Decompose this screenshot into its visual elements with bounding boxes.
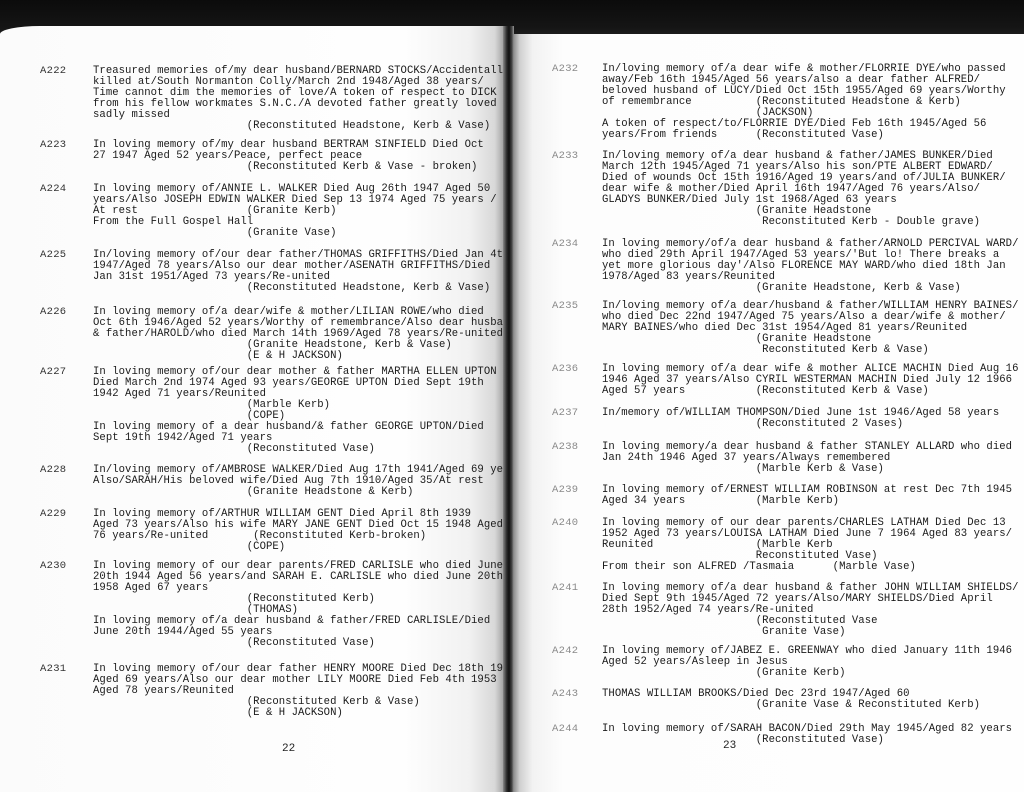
entry-line: (COPE) — [93, 542, 503, 553]
entry-code: A227 — [40, 367, 66, 378]
entry-line: Aged 57 years (Reconstituted Kerb & Vase… — [602, 386, 1018, 397]
entry-text: In loving memory/a dear husband & father… — [602, 442, 1012, 475]
entry-code: A234 — [552, 239, 578, 250]
entry-line: (Reconstituted Vase) — [93, 638, 503, 649]
entry-code: A226 — [40, 307, 66, 318]
entry-text: In loving memory/of/a dear husband & fat… — [602, 239, 1018, 294]
entry-code: A228 — [40, 465, 66, 476]
entry-line: (Reconstituted Kerb & Vase - broken) — [93, 162, 484, 173]
entry-line: (Reconstituted Vase) — [602, 735, 1012, 746]
entry-code: A225 — [40, 250, 66, 261]
entry-text: In loving memory of/ERNEST WILLIAM ROBIN… — [602, 485, 1012, 507]
entry-text: THOMAS WILLIAM BROOKS/Died Dec 23rd 1947… — [602, 689, 980, 711]
entry-line: (E & H JACKSON) — [93, 708, 505, 719]
entry-code: A237 — [552, 408, 578, 419]
entry-line: (Granite Vase & Reconstituted Kerb) — [602, 700, 980, 711]
entry-line: (Granite Headstone, Kerb & Vase) — [602, 283, 1018, 294]
entry-code: A244 — [552, 724, 578, 735]
entry-text: In loving memory of/a dear husband & fat… — [602, 583, 1018, 638]
entry-line: (Granite Headstone & Kerb) — [93, 487, 505, 498]
entry-code: A238 — [552, 442, 578, 453]
entry-code: A232 — [552, 64, 578, 75]
entry-text: In loving memory of/ARTHUR WILLIAM GENT … — [93, 509, 503, 553]
entry-code: A241 — [552, 583, 578, 594]
entry-code: A222 — [40, 66, 66, 77]
entry-text: In/loving memory of/a dear wife & mother… — [602, 64, 1006, 141]
entry-line: (Marble Kerb & Vase) — [602, 464, 1012, 475]
entry-text: Treasured memories of/my dear husband/BE… — [93, 66, 505, 132]
entry-line: (Reconstituted Vase) — [93, 444, 497, 455]
entry-text: In loving memory of/our dear mother & fa… — [93, 367, 497, 455]
entry-line: Granite Vase) — [602, 627, 1018, 638]
entry-text: In loving memory of/a dear wife & mother… — [602, 364, 1018, 397]
entry-line: (Granite Vase) — [93, 228, 497, 239]
entry-text: In loving memory of/ANNIE L. WALKER Died… — [93, 184, 497, 239]
entry-line: (Granite Kerb) — [602, 668, 1012, 679]
entry-text: In loving memory of/SARAH BACON/Died 29t… — [602, 724, 1012, 746]
entry-line: Reconstituted Kerb & Vase) — [602, 345, 1018, 356]
entry-text: In/memory of/WILLIAM THOMPSON/Died June … — [602, 408, 999, 430]
entry-line: (E & H JACKSON) — [93, 351, 505, 362]
entry-line: Aged 34 years (Marble Kerb) — [602, 496, 1012, 507]
entry-code: A224 — [40, 184, 66, 195]
entry-text: In/loving memory of/a dear/husband & fat… — [602, 301, 1018, 356]
entry-text: In loving memory of/JABEZ E. GREENWAY wh… — [602, 646, 1012, 679]
entry-code: A235 — [552, 301, 578, 312]
entry-code: A239 — [552, 485, 578, 496]
entry-line: From their son ALFRED /Tasmaia (Marble V… — [602, 562, 1012, 573]
entry-text: In loving memory of/my dear husband BERT… — [93, 140, 484, 173]
entry-code: A242 — [552, 646, 578, 657]
entry-line: (Reconstituted Headstone, Kerb & Vase) — [93, 283, 505, 294]
left-page: 22 A222Treasured memories of/my dear hus… — [0, 26, 505, 792]
entry-code: A223 — [40, 140, 66, 151]
entry-code: A240 — [552, 518, 578, 529]
entry-code: A230 — [40, 561, 66, 572]
book-gutter — [503, 26, 514, 792]
entry-text: In/loving memory of/AMBROSE WALKER/Died … — [93, 465, 505, 498]
right-page: 23 A232In/loving memory of/a dear wife &… — [512, 34, 1024, 792]
entry-text: In loving memory of/our dear father HENR… — [93, 664, 505, 719]
entry-text: In loving memory of our dear parents/FRE… — [93, 561, 503, 649]
entry-code: A243 — [552, 689, 578, 700]
entry-text: In loving memory of our dear parents/CHA… — [602, 518, 1012, 573]
entry-code: A236 — [552, 364, 578, 375]
page-number: 22 — [282, 744, 295, 755]
entry-text: In/loving memory of/a dear husband & fat… — [602, 151, 1006, 228]
entry-line: (Reconstituted Headstone, Kerb & Vase) — [93, 121, 505, 132]
entry-line: (Reconstituted 2 Vases) — [602, 419, 999, 430]
entry-text: In loving memory of/a dear/wife & mother… — [93, 307, 505, 362]
entry-text: In/loving memory of/our dear father/THOM… — [93, 250, 505, 294]
entry-code: A229 — [40, 509, 66, 520]
entry-code: A231 — [40, 664, 66, 675]
entry-line: Reconstituted Kerb - Double grave) — [602, 217, 1006, 228]
entry-line: years/From friends (Reconstituted Vase) — [602, 130, 1006, 141]
entry-code: A233 — [552, 151, 578, 162]
